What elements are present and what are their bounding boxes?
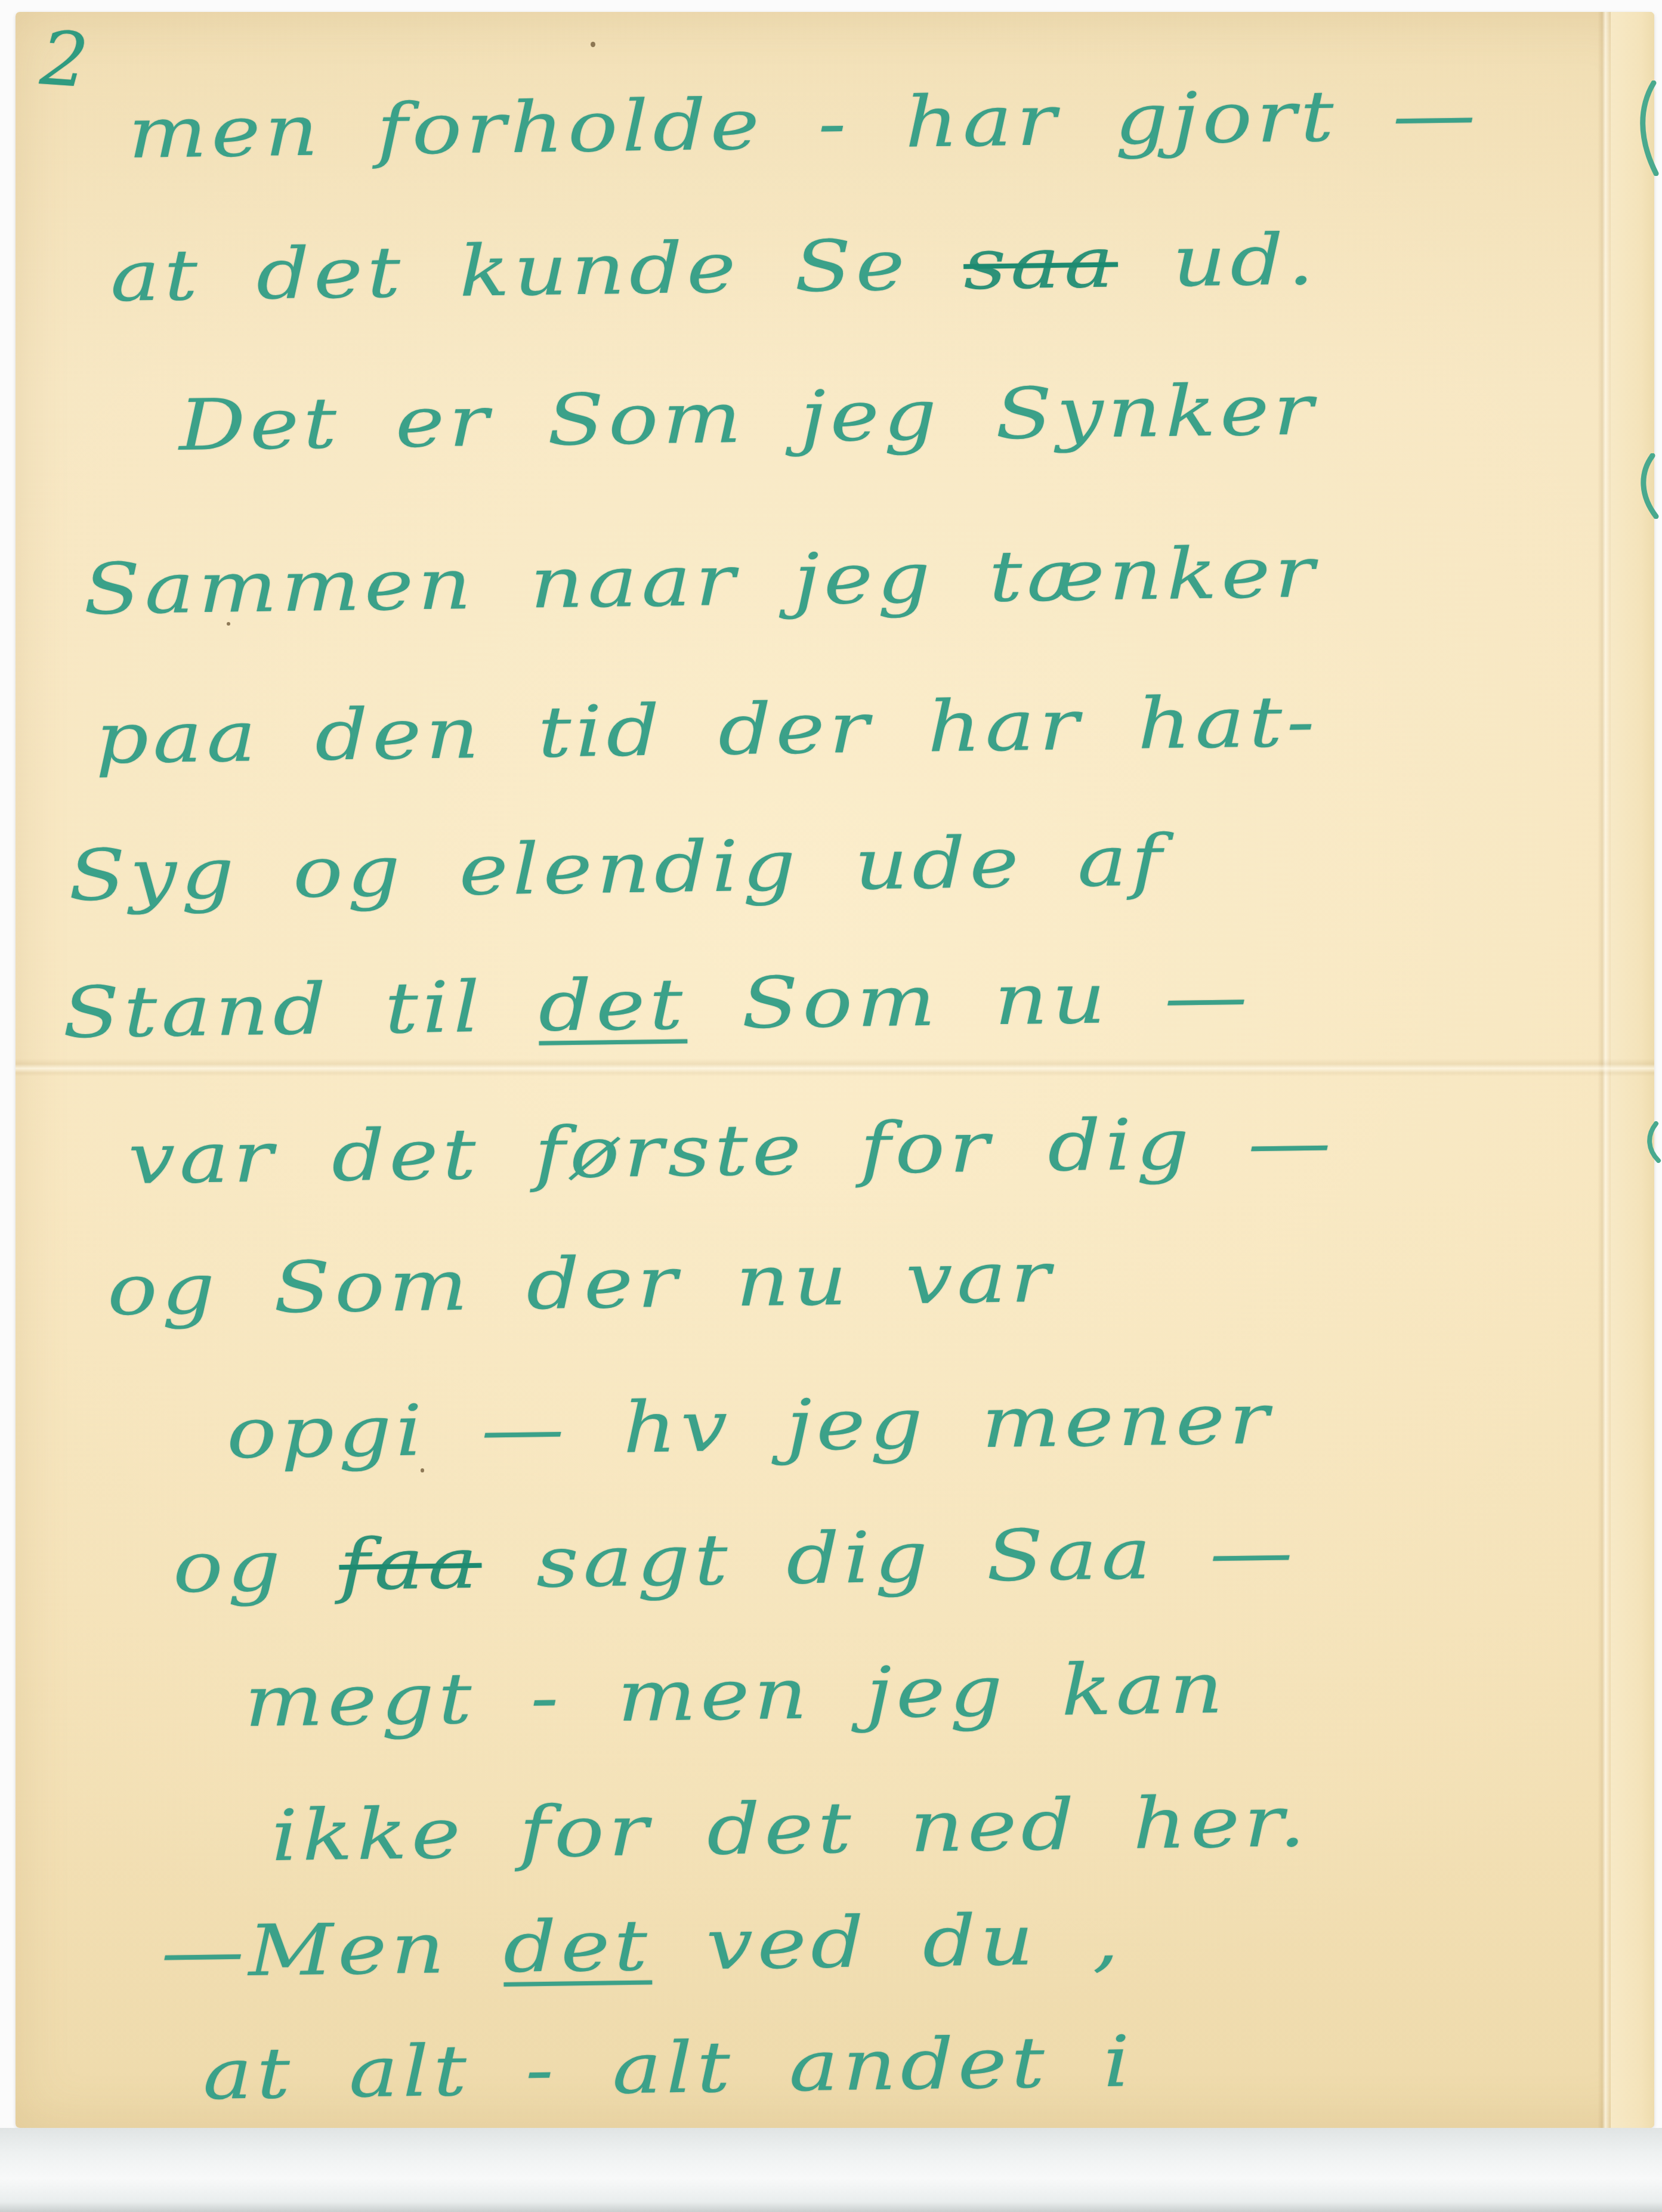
text-segment: og — [172, 1524, 339, 1608]
handwritten-line-4: Sammen naar jeg tænker — [83, 528, 1319, 633]
paper-speck — [227, 622, 230, 626]
handwritten-line-2: at det kunde Se saa ud. — [110, 216, 1319, 321]
handwritten-line-8: var det første for dig — — [128, 1099, 1336, 1204]
text-segment: var det første for dig — — [128, 1101, 1336, 1200]
struck-word: faa — [339, 1522, 483, 1606]
text-segment: opgi — hv jeg mener — [226, 1378, 1274, 1474]
text-segment: sagt dig Saa — — [481, 1511, 1298, 1604]
text-segment: men forholde - har gjort — — [128, 73, 1480, 174]
text-segment: og Som der nu var — [107, 1236, 1055, 1331]
handwritten-line-14: —Men det ved du , — [160, 1895, 1123, 1996]
text-segment: at det kunde Se — [110, 223, 964, 317]
text-segment: Det er Som jeg Synker — [178, 368, 1318, 466]
text-segment: ud. — [1117, 218, 1319, 304]
scanned-letter-page: 2 men forholde - har gjort — at det kund… — [0, 0, 1662, 2212]
handwritten-line-5: paa den tid der har hat- — [95, 677, 1320, 782]
handwritten-line-12: megt - men jeg kan — [244, 1644, 1228, 1746]
paper-speck — [591, 42, 595, 47]
text-segment: Syg og elendig ude af — [68, 819, 1167, 917]
adjacent-page-ink-mark — [1633, 81, 1661, 176]
handwritten-line-6: Syg og elendig ude af — [68, 816, 1167, 920]
text-segment: ved du , — [651, 1897, 1123, 1986]
underlined-word: det — [503, 1904, 653, 1988]
handwritten-line-7: Stand til det Som nu — — [62, 952, 1252, 1057]
text-segment: —Men — [160, 1906, 504, 1993]
handwritten-line-9: og Som der nu var — [107, 1233, 1055, 1335]
text-segment: Som nu — — [686, 955, 1252, 1045]
horizontal-fold-crease — [16, 1059, 1654, 1076]
text-segment: megt - men jeg kan — [244, 1647, 1228, 1743]
text-segment: paa den tid der har hat- — [95, 680, 1320, 779]
text-segment: ikke for det ned her. — [271, 1780, 1310, 1877]
handwritten-line-3: Det er Som jeg Synker — [178, 366, 1318, 469]
scanner-background-strip — [0, 2128, 1662, 2212]
handwritten-line-11: og faa sagt dig Saa — — [172, 1508, 1298, 1612]
page-number: 2 — [38, 15, 91, 104]
underlined-word: det — [538, 963, 688, 1047]
handwritten-line-10: opgi — hv jeg mener — [226, 1375, 1274, 1478]
adjacent-page-ink-mark — [1635, 453, 1661, 519]
handwritten-line-13: ikke for det ned her. — [271, 1778, 1310, 1880]
adjacent-page-ink-mark — [1642, 1121, 1662, 1163]
paper-speck — [421, 1468, 424, 1472]
text-segment: Stand til — [62, 965, 539, 1054]
text-segment: at alt - alt andet i — [202, 2020, 1135, 2115]
struck-word: saa — [963, 221, 1119, 305]
text-segment: Sammen naar jeg tænker — [83, 531, 1319, 630]
handwritten-line-15: at alt - alt andet i — [202, 2018, 1135, 2118]
